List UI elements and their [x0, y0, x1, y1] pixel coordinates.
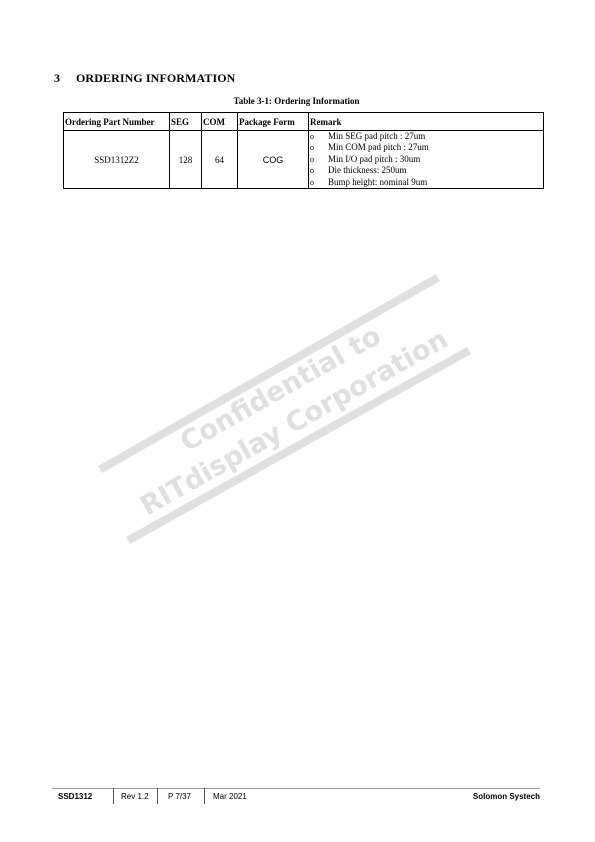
page-footer: SSD1312 Rev 1.2 P 7/37 Mar 2021 Solomon …: [52, 788, 540, 804]
footer-separator: [113, 788, 114, 804]
cell-com: 64: [202, 131, 238, 189]
table-caption-text: Table 3-1: Ordering Information: [234, 96, 360, 106]
header-com: COM: [202, 113, 238, 131]
header-part-number: Ordering Part Number: [64, 113, 170, 131]
watermark-line1: Confidential to: [175, 320, 386, 458]
remark-text: Min SEG pad pitch : 27um: [328, 131, 425, 142]
header-remark: Remark: [309, 113, 544, 131]
cell-remark: oMin SEG pad pitch : 27um oMin COM pad p…: [309, 131, 544, 189]
section-heading: 3ORDERING INFORMATION: [54, 71, 235, 86]
remark-text: Die thickness: 250um: [328, 165, 407, 176]
cell-package: COG: [238, 131, 309, 189]
remark-text: Min I/O pad pitch : 30um: [328, 154, 420, 165]
table-header-row: Ordering Part Number SEG COM Package For…: [64, 113, 544, 131]
table-caption: Table 3-1: Ordering Information: [0, 96, 595, 106]
remark-item: oBump height: nominal 9um: [309, 177, 543, 188]
footer-page: P 7/37: [168, 790, 191, 804]
footer-separator: [204, 788, 205, 804]
header-seg: SEG: [170, 113, 202, 131]
footer-doc: SSD1312: [58, 790, 92, 804]
footer-date: Mar 2021: [213, 790, 247, 804]
section-title: ORDERING INFORMATION: [76, 71, 235, 85]
bullet-icon: o: [309, 154, 328, 165]
table-row: SSD1312Z2 128 64 COG oMin SEG pad pitch …: [64, 131, 544, 189]
bullet-icon: o: [309, 131, 328, 142]
footer-rev: Rev 1.2: [121, 790, 149, 804]
cell-part-number: SSD1312Z2: [64, 131, 170, 189]
remark-item: oMin SEG pad pitch : 27um: [309, 131, 543, 142]
remark-text: Min COM pad pitch : 27um: [328, 142, 429, 153]
bullet-icon: o: [309, 165, 328, 176]
watermark-bar-bottom: [126, 347, 471, 544]
remark-text: Bump height: nominal 9um: [328, 177, 427, 188]
watermark-bar-top: [98, 274, 440, 473]
ordering-table: Ordering Part Number SEG COM Package For…: [63, 112, 544, 189]
footer-separator: [157, 788, 158, 804]
header-package-form: Package Form: [238, 113, 309, 131]
remark-item: oDie thickness: 250um: [309, 165, 543, 176]
bullet-icon: o: [309, 142, 328, 153]
remark-item: oMin I/O pad pitch : 30um: [309, 154, 543, 165]
remark-item: oMin COM pad pitch : 27um: [309, 142, 543, 153]
bullet-icon: o: [309, 177, 328, 188]
watermark-line2: RITdisplay Corporation: [135, 324, 453, 522]
section-number: 3: [54, 71, 76, 86]
cell-seg: 128: [170, 131, 202, 189]
footer-company: Solomon Systech: [473, 790, 540, 804]
